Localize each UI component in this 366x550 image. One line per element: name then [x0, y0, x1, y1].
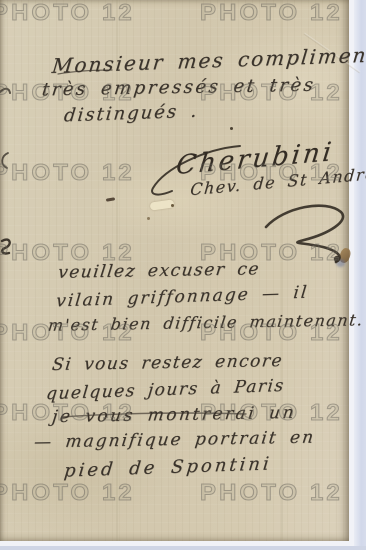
margin-ink-mark [2, 240, 10, 254]
letter-line: quelques jours à Paris [45, 378, 285, 403]
margin-ink-mark [2, 153, 8, 168]
mount-background-bottom [0, 546, 366, 550]
ink-speck [106, 197, 115, 202]
letter-line: — magnifique portrait en [33, 430, 316, 452]
letter-line: Si vous restez encore [51, 353, 284, 374]
letter-line: distingués . [63, 103, 199, 126]
signature-paraph [266, 206, 343, 262]
letter-line: vilain griffonnage — il [55, 285, 309, 311]
letter-line: veuillez excuser ce [57, 261, 261, 282]
letter-line: très empressés et très [41, 77, 317, 100]
letter-line: m'est bien difficile maintenant. [47, 312, 365, 334]
ink-dot [230, 127, 233, 130]
margin-ink-mark [0, 89, 10, 93]
letter-line: pied de Spontini [63, 455, 272, 480]
letter-line: Monsieur mes compliments [51, 44, 366, 76]
letter-line: je vous montrerai un [51, 405, 297, 426]
letter-page: Monsieur mes compliments très empressés … [0, 0, 349, 541]
mount-background-right [354, 0, 366, 550]
blue-smudge [336, 259, 345, 267]
paper-damage-dot [171, 204, 174, 207]
paper-spot [147, 217, 150, 220]
photograph-of-letter: Monsieur mes compliments très empressés … [0, 0, 366, 550]
